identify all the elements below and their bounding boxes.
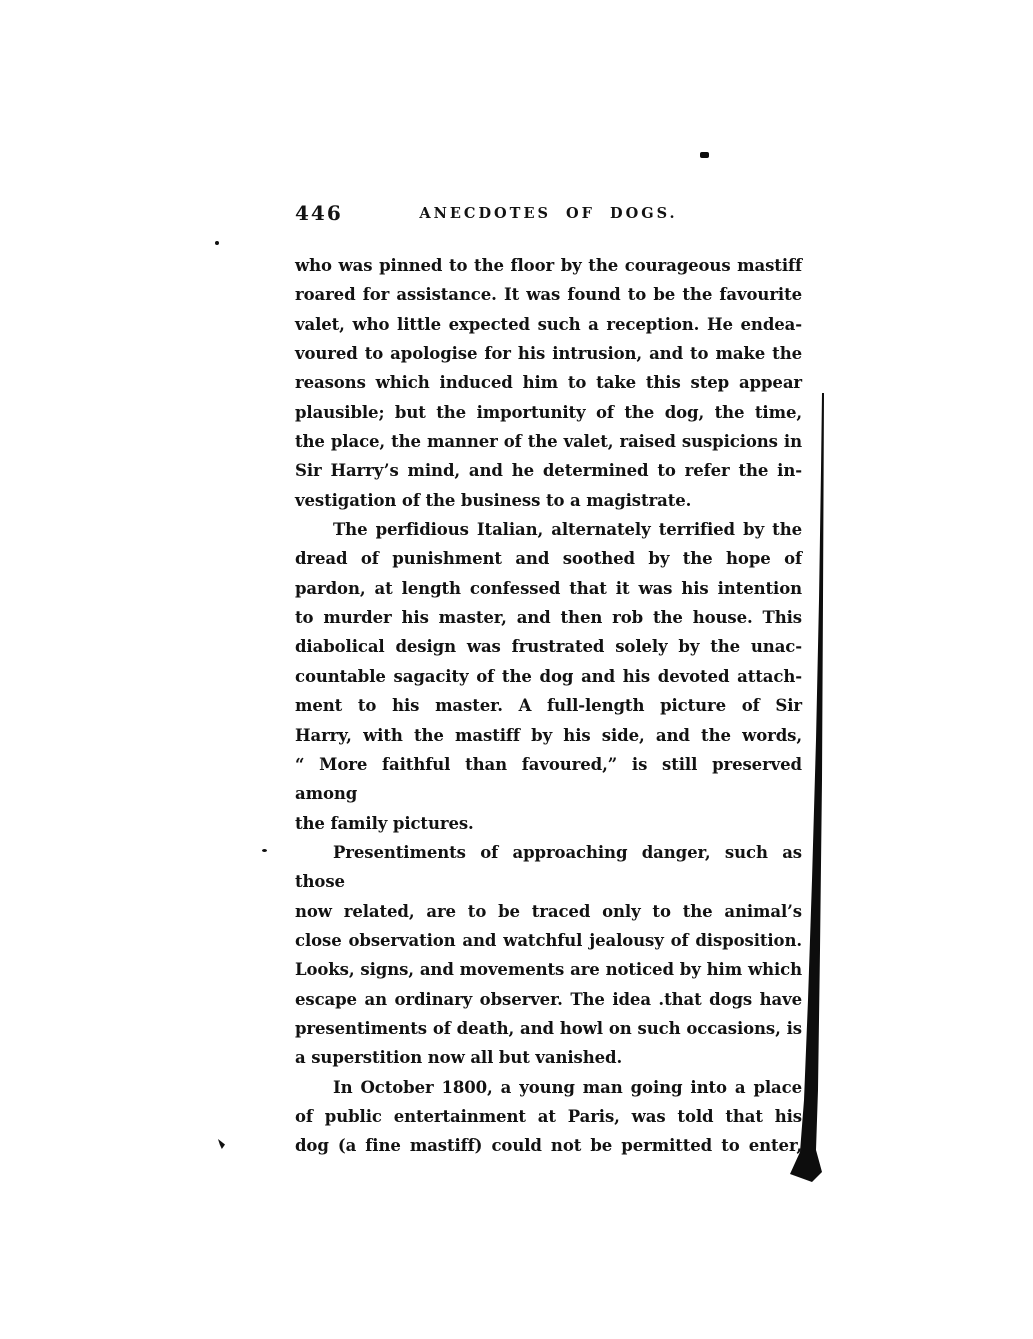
text-line: In October 1800, a young man going into … <box>295 1073 802 1102</box>
text-line: Looks, signs, and movements are noticed … <box>295 955 802 984</box>
text-line: The perfidious Italian, alternately terr… <box>295 515 802 544</box>
scan-speck <box>215 241 219 245</box>
scan-speck <box>262 849 267 852</box>
text-line: dread of punishment and soothed by the h… <box>295 544 802 573</box>
text-line: presentiments of death, and howl on such… <box>295 1014 802 1043</box>
book-page: 446 ANECDOTES OF DOGS. who was pinned to… <box>0 0 1033 1339</box>
paragraph: who was pinned to the floor by the coura… <box>295 251 802 515</box>
page-header: 446 ANECDOTES OF DOGS. <box>295 201 802 227</box>
text-line: the family pictures. <box>295 809 802 838</box>
text-line: reasons which induced him to take this s… <box>295 368 802 397</box>
paragraph: Presentiments of approaching danger, suc… <box>295 838 802 1073</box>
text-line: Harry, with the mastiff by his side, and… <box>295 721 802 750</box>
text-line: countable sagacity of the dog and his de… <box>295 662 802 691</box>
binding-gutter-mark <box>780 388 840 1188</box>
text-line: diabolical design was frustrated solely … <box>295 632 802 661</box>
paragraph: In October 1800, a young man going into … <box>295 1073 802 1161</box>
text-line: to murder his master, and then rob the h… <box>295 603 802 632</box>
ink-dot <box>700 152 709 158</box>
text-line: now related, are to be traced only to th… <box>295 897 802 926</box>
text-line: dog (a fine mastiff) could not be permit… <box>295 1131 802 1160</box>
text-line: close observation and watchful jealousy … <box>295 926 802 955</box>
running-title: ANECDOTES OF DOGS. <box>295 205 802 222</box>
text-line: roared for assistance. It was found to b… <box>295 280 802 309</box>
paragraph: The perfidious Italian, alternately terr… <box>295 515 802 838</box>
text-line: Sir Harry’s mind, and he determined to r… <box>295 456 802 485</box>
text-line: ment to his master. A full-length pictur… <box>295 691 802 720</box>
text-line: the place, the manner of the valet, rais… <box>295 427 802 456</box>
text-line: a superstition now all but vanished. <box>295 1043 802 1072</box>
text-line: vestigation of the business to a magistr… <box>295 486 802 515</box>
text-line: plausible; but the importunity of the do… <box>295 398 802 427</box>
text-line: escape an ordinary observer. The idea .t… <box>295 985 802 1014</box>
text-line: Presentiments of approaching danger, suc… <box>295 838 802 897</box>
text-line: of public entertainment at Paris, was to… <box>295 1102 802 1131</box>
text-line: voured to apologise for his intrusion, a… <box>295 339 802 368</box>
text-line: valet, who little expected such a recept… <box>295 310 802 339</box>
body-text: who was pinned to the floor by the coura… <box>295 251 802 1161</box>
text-line: pardon, at length confessed that it was … <box>295 574 802 603</box>
text-line: who was pinned to the floor by the coura… <box>295 251 802 280</box>
scan-speck <box>218 1139 225 1149</box>
text-line: “ More faithful than favoured,” is still… <box>295 750 802 809</box>
